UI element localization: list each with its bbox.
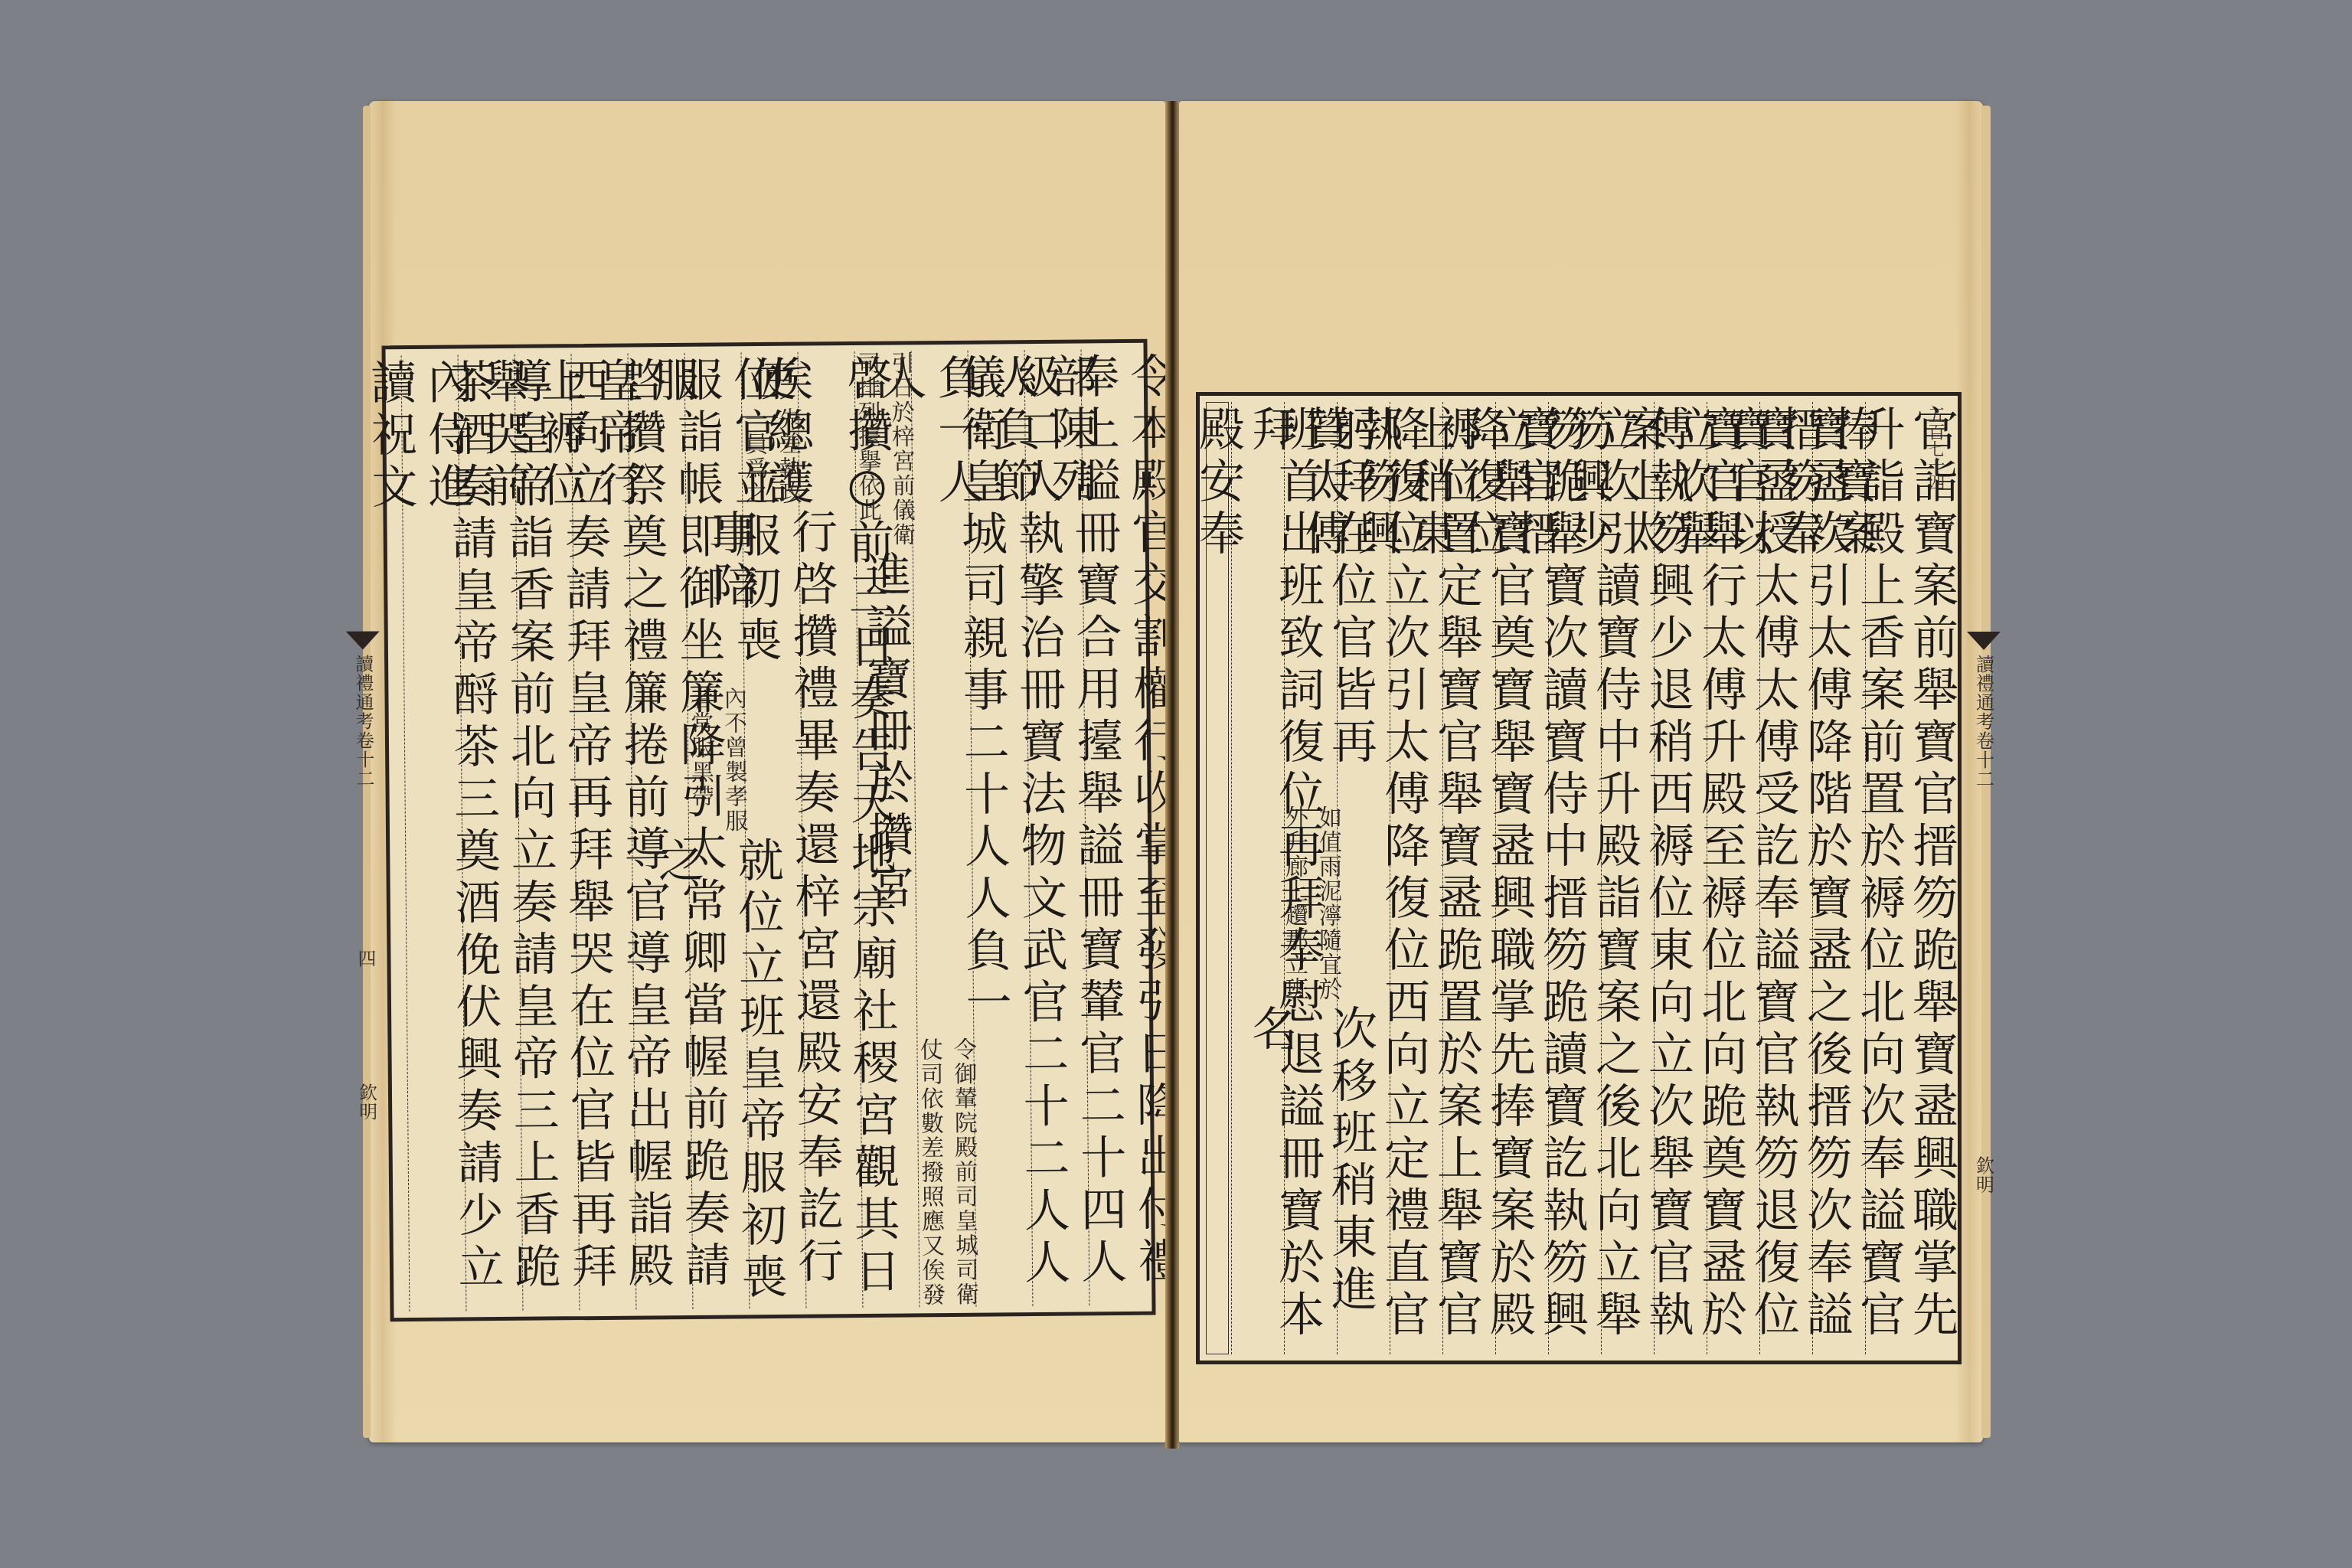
interlinear-note: 令御輦院殿前司皇城司衛 仗司依數差撥照應又俟發 xyxy=(913,1037,980,1308)
text-column: 茶酒奏請皇帝酹茶三奠酒俛伏興奏請少立讀祝文 xyxy=(401,355,466,1312)
right-xinkou: 讀禮通考卷十二 欽明 xyxy=(1962,402,2005,1354)
open-book: 讀禮通考卷十二 四 欽明 令本殿官交割權行收掌至發引日降出付禮部陳列 奉上謚冊寶… xyxy=(369,101,1983,1449)
fishtail-mark xyxy=(1967,632,2001,650)
text-column: 班首出班致詞復位再拜奉慰退謚冊寶於本殿安奉 xyxy=(1231,402,1284,1354)
right-xinkou-title: 讀禮通考卷十二 xyxy=(1971,655,1998,789)
right-xinkou-footer: 欽明 xyxy=(1971,1156,1998,1194)
left-page: 讀禮通考卷十二 四 欽明 令本殿官交割權行收掌至發引日降出付禮部陳列 奉上謚冊寶… xyxy=(369,101,1165,1442)
right-text-area: 官詣寶案前舉寶官搢笏跪舉寶盝興職掌先捧寶案 升詣殿上香案前置於褥位北向次奉謚寶官… xyxy=(1230,402,1918,1354)
book-gutter xyxy=(1165,101,1179,1449)
right-print-frame: 官詣寶案前舉寶官搢笏跪舉寶盝興職掌先捧寶案 升詣殿上香案前置於褥位北向次奉謚寶官… xyxy=(1196,392,1962,1364)
right-page: 官詣寶案前舉寶官搢笏跪舉寶盝興職掌先捧寶案 升詣殿上香案前置於褥位北向次奉謚寶官… xyxy=(1179,101,1983,1442)
left-print-frame: 讀禮通考卷十二 四 欽明 令本殿官交割權行收掌至發引日降出付禮部陳列 奉上謚冊寶… xyxy=(381,339,1155,1322)
left-text-area: 令本殿官交割權行收掌至發引日降出付禮部陳列 奉上謚冊寶合用擡舉謚冊寶輦官二十四人… xyxy=(392,349,1146,1312)
page-number-header: 五百七十四 xyxy=(1923,407,1947,491)
